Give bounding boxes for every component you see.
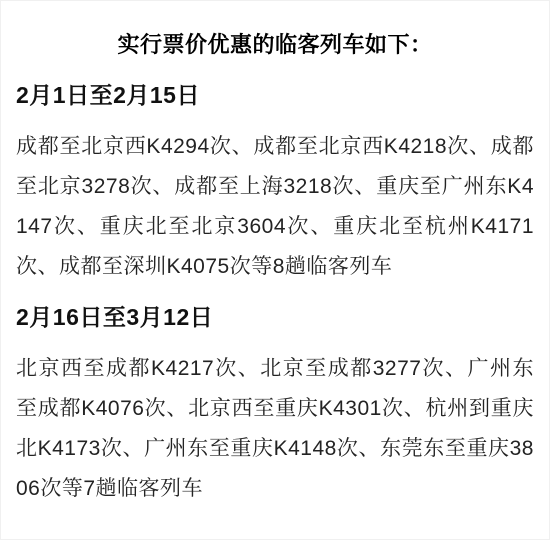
document-title: 实行票价优惠的临客列车如下： — [16, 31, 534, 59]
train-list-paragraph-1: 成都至北京西K4294次、成都至北京西K4218次、成都至北京3278次、成都至… — [16, 127, 534, 287]
date-range-heading-2: 2月16日至3月12日 — [16, 303, 534, 331]
section-period-1: 2月1日至2月15日 成都至北京西K4294次、成都至北京西K4218次、成都至… — [16, 81, 534, 287]
section-period-2: 2月16日至3月12日 北京西至成都K4217次、北京至成都3277次、广州东至… — [16, 303, 534, 509]
train-list-paragraph-2: 北京西至成都K4217次、北京至成都3277次、广州东至成都K4076次、北京西… — [16, 349, 534, 509]
date-range-heading-1: 2月1日至2月15日 — [16, 81, 534, 109]
document-page: 实行票价优惠的临客列车如下： 2月1日至2月15日 成都至北京西K4294次、成… — [0, 0, 550, 540]
